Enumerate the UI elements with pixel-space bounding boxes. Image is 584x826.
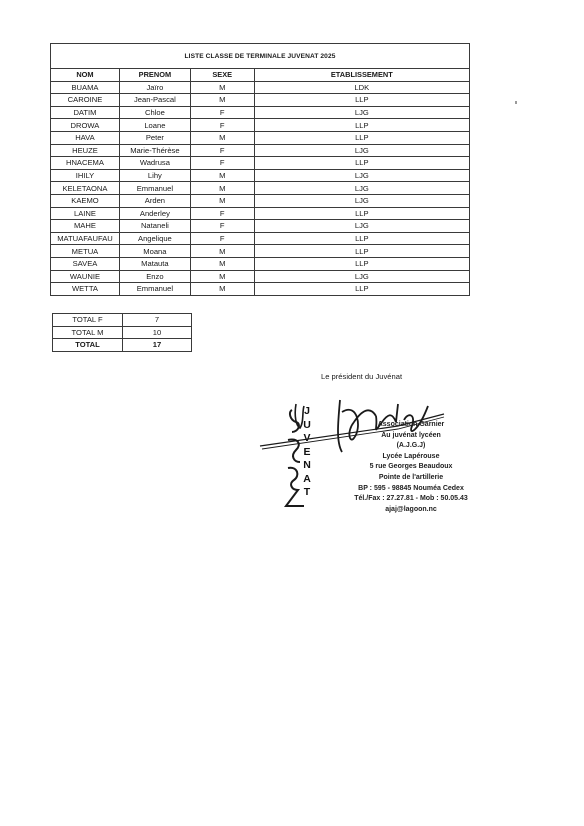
stamp-letter: J (301, 405, 313, 419)
stamp-line: BP : 595 - 98845 Nouméa Cedex (336, 484, 486, 495)
cell-nom: IHILY (51, 169, 120, 182)
table-row: KELETAONAEmmanuelMLJG (51, 182, 470, 195)
column-header-sexe: SEXE (190, 69, 254, 82)
stamp-letter: N (301, 459, 313, 473)
table-row: HAVAPeterMLLP (51, 131, 470, 144)
table-row: WETTAEmmanuelMLLP (51, 283, 470, 296)
table-row: BUAMAJaïroMLDK (51, 81, 470, 94)
cell-prenom: Loane (119, 119, 190, 132)
cell-prenom: Lihy (119, 169, 190, 182)
cell-sexe: M (190, 270, 254, 283)
cell-etablissement: LLP (254, 207, 469, 220)
table-row: DATIMChloeFLJG (51, 106, 470, 119)
cell-prenom: Emmanuel (119, 182, 190, 195)
class-list-table: LISTE CLASSE DE TERMINALE JUVENAT 2025 N… (50, 43, 470, 296)
cell-etablissement: LLP (254, 94, 469, 107)
cell-etablissement: LJG (254, 182, 469, 195)
table-row: CAROINEJean-PascalMLLP (51, 94, 470, 107)
stamp-line: Tél./Fax : 27.27.81 - Mob : 50.05.43 (336, 494, 486, 505)
cell-sexe: F (190, 220, 254, 233)
cell-etablissement: LLP (254, 232, 469, 245)
cell-prenom: Moana (119, 245, 190, 258)
stamp-letter: T (301, 486, 313, 500)
total-value: 17 (123, 339, 192, 352)
total-label: TOTAL (53, 339, 123, 352)
cell-sexe: M (190, 245, 254, 258)
stamp-letter: V (301, 432, 313, 446)
totals-table: TOTAL F7TOTAL M10TOTAL17 (52, 313, 192, 352)
cell-sexe: M (190, 182, 254, 195)
cell-prenom: Marie-Thérèse (119, 144, 190, 157)
table-row: WAUNIEEnzoMLJG (51, 270, 470, 283)
cell-etablissement: LLP (254, 245, 469, 258)
cell-etablissement: LDK (254, 81, 469, 94)
total-label: TOTAL F (53, 314, 123, 327)
cell-sexe: M (190, 94, 254, 107)
table-row: HNACEMAWadrusaFLLP (51, 157, 470, 170)
column-header-prenom: PRENOM (119, 69, 190, 82)
cell-sexe: M (190, 81, 254, 94)
totals-row: TOTAL F7 (53, 314, 192, 327)
table-row: LAINEAnderleyFLLP (51, 207, 470, 220)
stamp-line: ajaj@lagoon.nc (336, 505, 486, 516)
cell-nom: DATIM (51, 106, 120, 119)
association-stamp: Association GarnierAu juvénat lycéen(A.J… (336, 420, 486, 515)
cell-nom: SAVEA (51, 257, 120, 270)
table-row: MATUAFAUFAUAngeliqueFLLP (51, 232, 470, 245)
table-title: LISTE CLASSE DE TERMINALE JUVENAT 2025 (51, 44, 470, 69)
cell-prenom: Jean-Pascal (119, 94, 190, 107)
cell-nom: KELETAONA (51, 182, 120, 195)
cell-sexe: M (190, 194, 254, 207)
cell-sexe: F (190, 157, 254, 170)
cell-nom: HNACEMA (51, 157, 120, 170)
total-value: 7 (123, 314, 192, 327)
cell-nom: HEUZE (51, 144, 120, 157)
stamp-line: Au juvénat lycéen (336, 431, 486, 442)
cell-nom: MATUAFAUFAU (51, 232, 120, 245)
cell-sexe: F (190, 144, 254, 157)
stamp-line: Lycée Lapérouse (336, 452, 486, 463)
cell-prenom: Emmanuel (119, 283, 190, 296)
cell-etablissement: LJG (254, 106, 469, 119)
cell-sexe: M (190, 131, 254, 144)
cell-nom: DROWA (51, 119, 120, 132)
stamp-letter: A (301, 473, 313, 487)
cell-sexe: M (190, 169, 254, 182)
cell-sexe: M (190, 283, 254, 296)
cell-nom: MAHE (51, 220, 120, 233)
cell-etablissement: LJG (254, 144, 469, 157)
totals-row: TOTAL M10 (53, 326, 192, 339)
totals-row: TOTAL17 (53, 339, 192, 352)
stamp-letter: E (301, 446, 313, 460)
signature-caption: Le président du Juvénat (321, 372, 402, 381)
stamp-line: (A.J.G.J) (336, 441, 486, 452)
cell-etablissement: LJG (254, 194, 469, 207)
table-row: MAHENataneliFLJG (51, 220, 470, 233)
cell-nom: HAVA (51, 131, 120, 144)
cell-sexe: F (190, 232, 254, 245)
cell-etablissement: LLP (254, 119, 469, 132)
stamp-line: 5 rue Georges Beaudoux (336, 462, 486, 473)
cell-prenom: Jaïro (119, 81, 190, 94)
cell-prenom: Enzo (119, 270, 190, 283)
table-row: SAVEAMatautaMLLP (51, 257, 470, 270)
scan-speck (515, 101, 517, 104)
table-row: KAEMOArdenMLJG (51, 194, 470, 207)
column-header-nom: NOM (51, 69, 120, 82)
juvenat-stamp-letters: JUVENAT (301, 405, 313, 500)
cell-etablissement: LJG (254, 169, 469, 182)
cell-nom: CAROINE (51, 94, 120, 107)
stamp-line: Association Garnier (336, 420, 486, 431)
cell-etablissement: LJG (254, 270, 469, 283)
cell-nom: METUA (51, 245, 120, 258)
table-row: HEUZEMarie-ThérèseFLJG (51, 144, 470, 157)
cell-nom: KAEMO (51, 194, 120, 207)
total-label: TOTAL M (53, 326, 123, 339)
cell-sexe: F (190, 106, 254, 119)
cell-sexe: F (190, 119, 254, 132)
document-page: LISTE CLASSE DE TERMINALE JUVENAT 2025 N… (0, 0, 584, 826)
cell-etablissement: LLP (254, 157, 469, 170)
table-row: METUAMoanaMLLP (51, 245, 470, 258)
column-header-etablissement: ETABLISSEMENT (254, 69, 469, 82)
cell-prenom: Peter (119, 131, 190, 144)
stamp-line: Pointe de l'artillerie (336, 473, 486, 484)
table-row: IHILYLihyMLJG (51, 169, 470, 182)
table-row: DROWALoaneFLLP (51, 119, 470, 132)
cell-prenom: Arden (119, 194, 190, 207)
cell-nom: BUAMA (51, 81, 120, 94)
cell-prenom: Wadrusa (119, 157, 190, 170)
cell-sexe: F (190, 207, 254, 220)
cell-etablissement: LLP (254, 283, 469, 296)
total-value: 10 (123, 326, 192, 339)
cell-sexe: M (190, 257, 254, 270)
stamp-letter: U (301, 419, 313, 433)
cell-nom: LAINE (51, 207, 120, 220)
cell-prenom: Anderley (119, 207, 190, 220)
cell-prenom: Chloe (119, 106, 190, 119)
cell-etablissement: LLP (254, 131, 469, 144)
cell-prenom: Nataneli (119, 220, 190, 233)
cell-nom: WETTA (51, 283, 120, 296)
cell-prenom: Angelique (119, 232, 190, 245)
cell-nom: WAUNIE (51, 270, 120, 283)
cell-etablissement: LJG (254, 220, 469, 233)
cell-etablissement: LLP (254, 257, 469, 270)
cell-prenom: Matauta (119, 257, 190, 270)
